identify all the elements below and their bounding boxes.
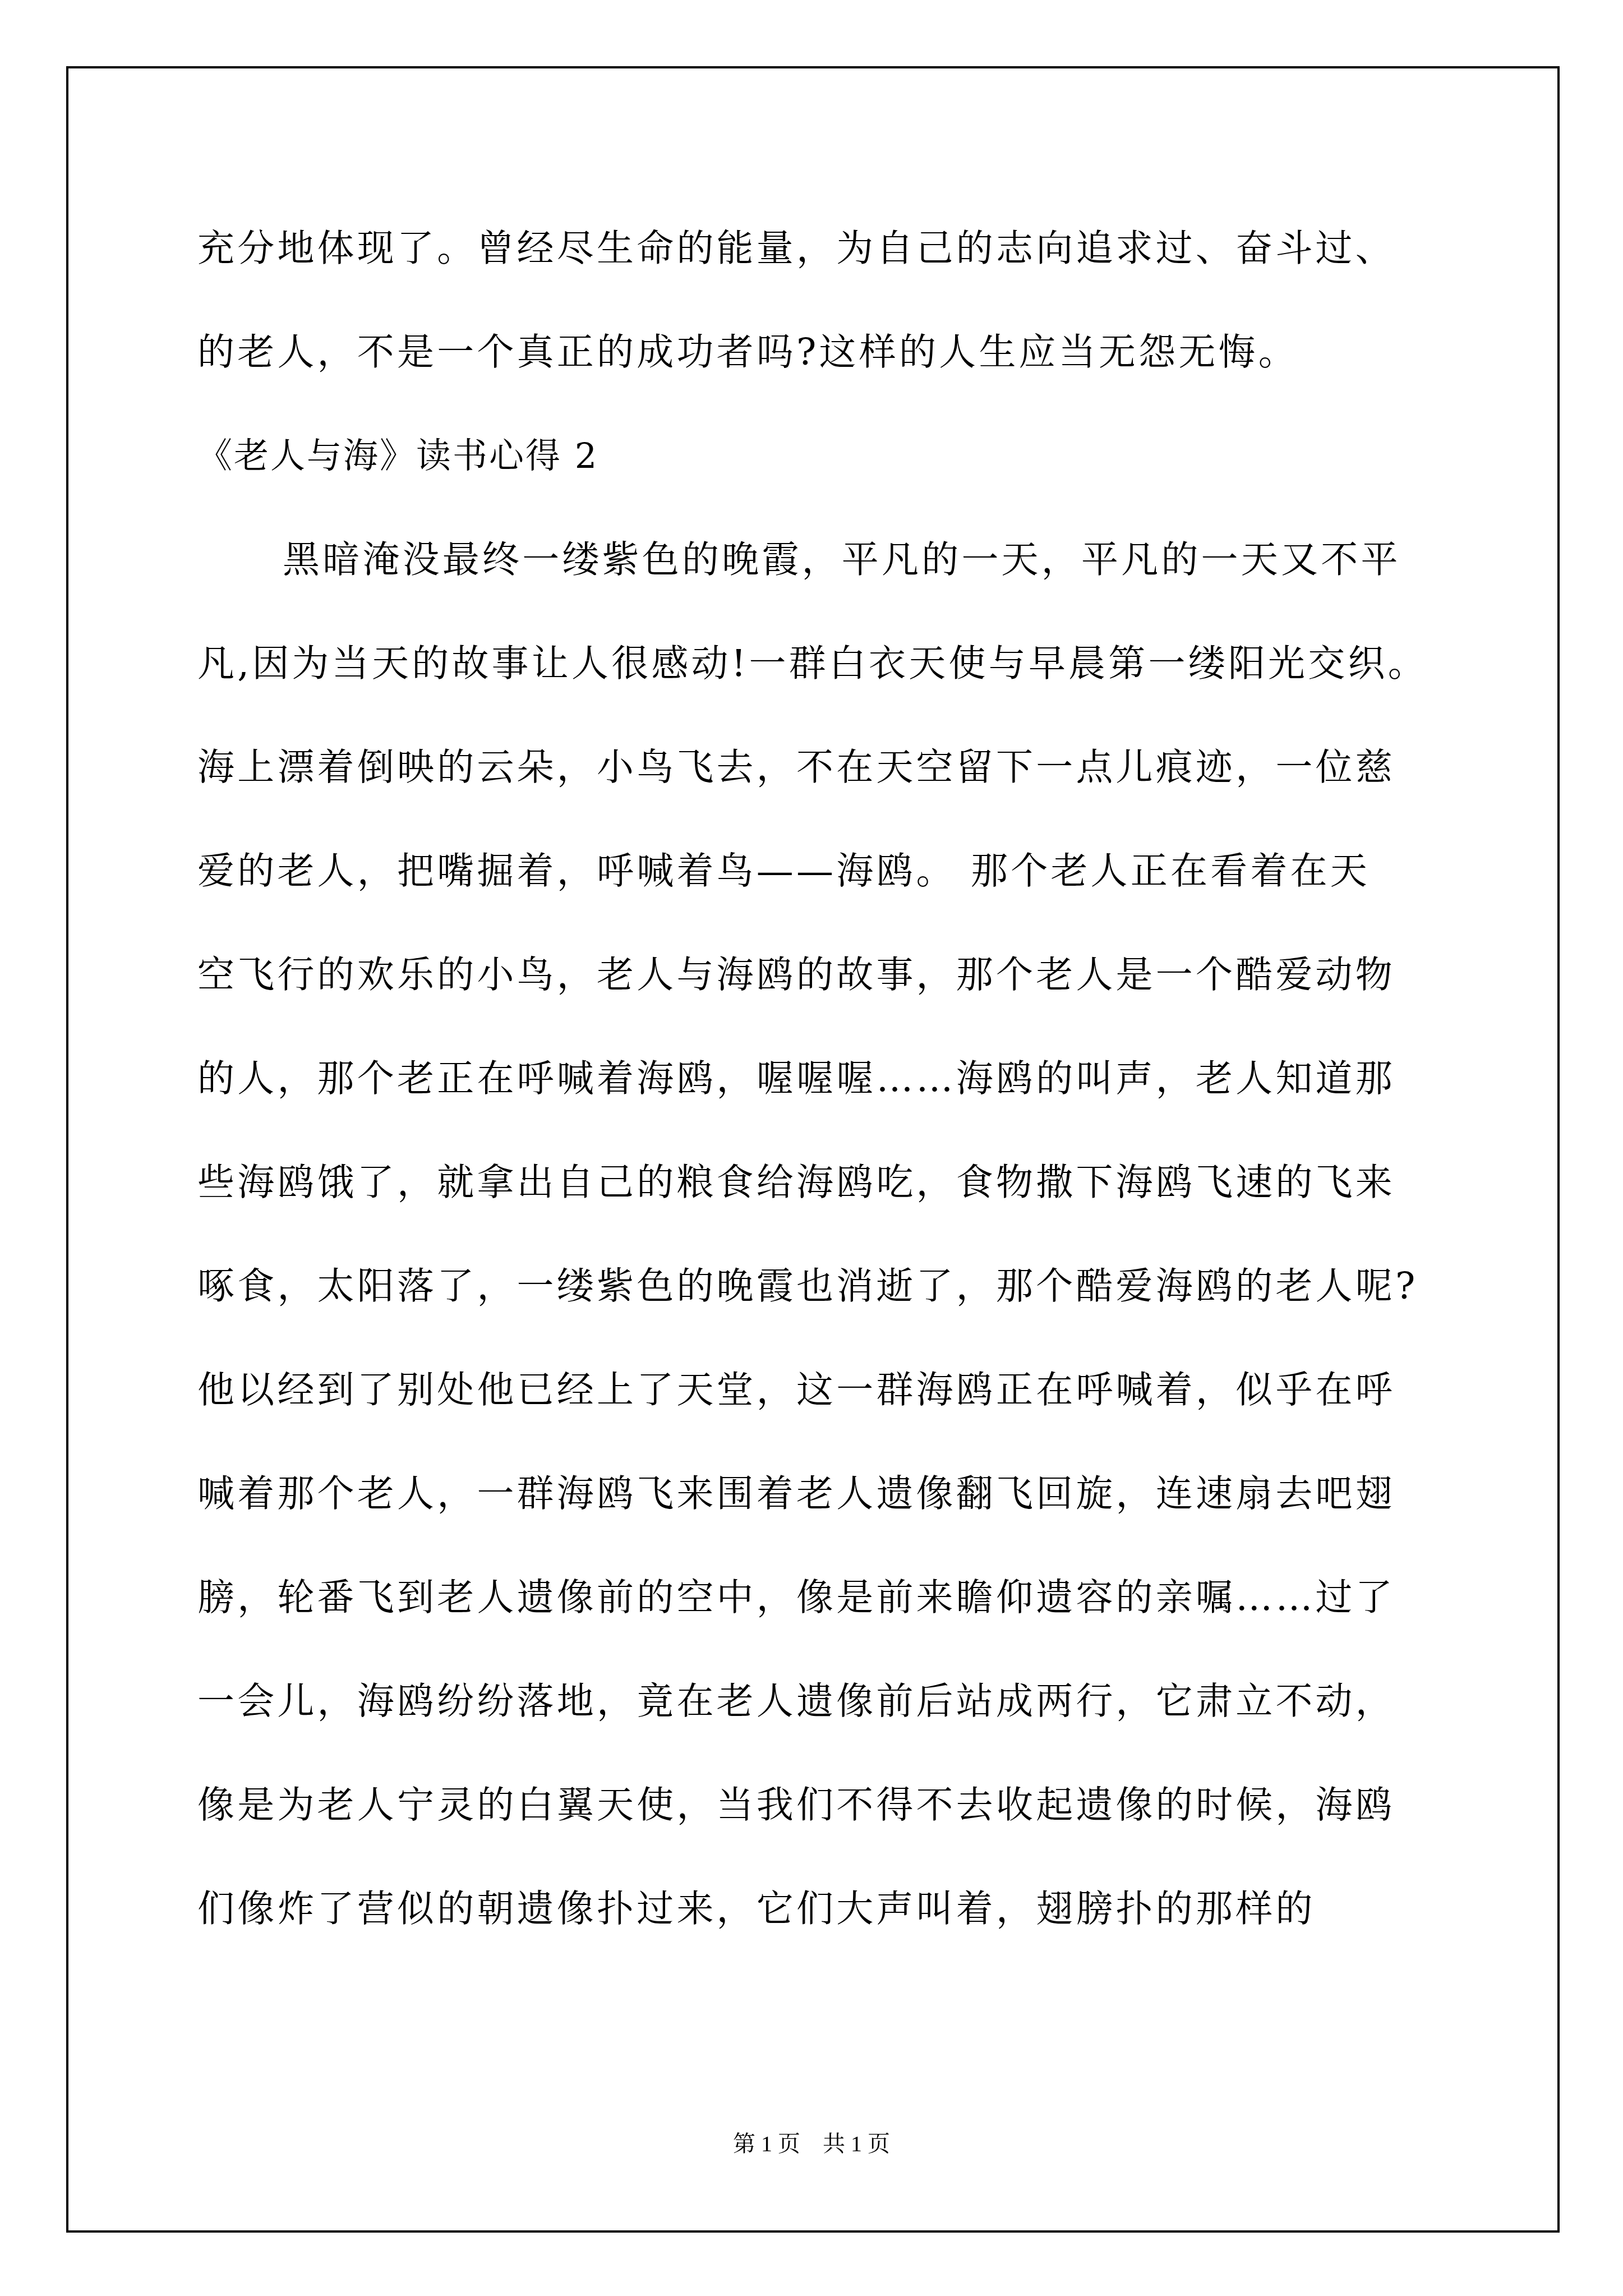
paragraph-line: 爱的老人，把嘴掘着，呼喊着鸟——海鸥。 那个老人正在看着在天 [197,843,1487,947]
paragraph-line: 他以经到了别处他已经上了天堂，这一群海鸥正在呼喊着，似乎在呼 [197,1362,1487,1466]
paragraph-line: 些海鸥饿了，就拿出自己的粮食给海鸥吃，食物撒下海鸥飞速的飞来 [197,1154,1487,1258]
paragraph-line: 喊着那个老人，一群海鸥飞来围着老人遗像翻飞回旋，连速扇去吧翅 [197,1466,1487,1570]
text-line: 充分地体现了。曾经尽生命的能量，为自己的志向追求过、奋斗过、 [197,220,1487,324]
paragraph-line: 一会儿，海鸥纷纷落地，竟在老人遗像前后站成两行，它肃立不动， [197,1673,1487,1777]
paragraph-line: 海上漂着倒映的云朵，小鸟飞去，不在天空留下一点儿痕迹，一位慈 [197,739,1487,843]
document-body: 充分地体现了。曾经尽生命的能量，为自己的志向追求过、奋斗过、 的老人，不是一个真… [197,220,1487,1985]
paragraph-line: 的人，那个老正在呼喊着海鸥，喔喔喔……海鸥的叫声，老人知道那 [197,1051,1487,1154]
section-title: 《老人与海》读书心得 2 [197,428,1487,532]
page-number-footer: 第 1 页 共 1 页 [0,2126,1623,2158]
paragraph-line: 像是为老人宁灵的白翼天使，当我们不得不去收起遗像的时候，海鸥 [197,1777,1487,1881]
paragraph-line: 空飞行的欢乐的小鸟，老人与海鸥的故事，那个老人是一个酷爱动物 [197,947,1487,1051]
paragraph-line: 啄食，太阳落了，一缕紫色的晚霞也消逝了，那个酷爱海鸥的老人呢? [197,1258,1487,1362]
paragraph-line: 们像炸了营似的朝遗像扑过来，它们大声叫着，翅膀扑的那样的 [197,1881,1487,1985]
paragraph-line: 凡,因为当天的故事让人很感动!一群白衣天使与早晨第一缕阳光交织。 [197,636,1487,739]
text-line: 的老人，不是一个真正的成功者吗?这样的人生应当无怨无悔。 [197,324,1487,428]
paragraph-line: 膀，轮番飞到老人遗像前的空中，像是前来瞻仰遗容的亲嘱……过了 [197,1570,1487,1673]
paragraph-line: 黑暗淹没最终一缕紫色的晚霞，平凡的一天，平凡的一天又不平 [197,532,1487,636]
